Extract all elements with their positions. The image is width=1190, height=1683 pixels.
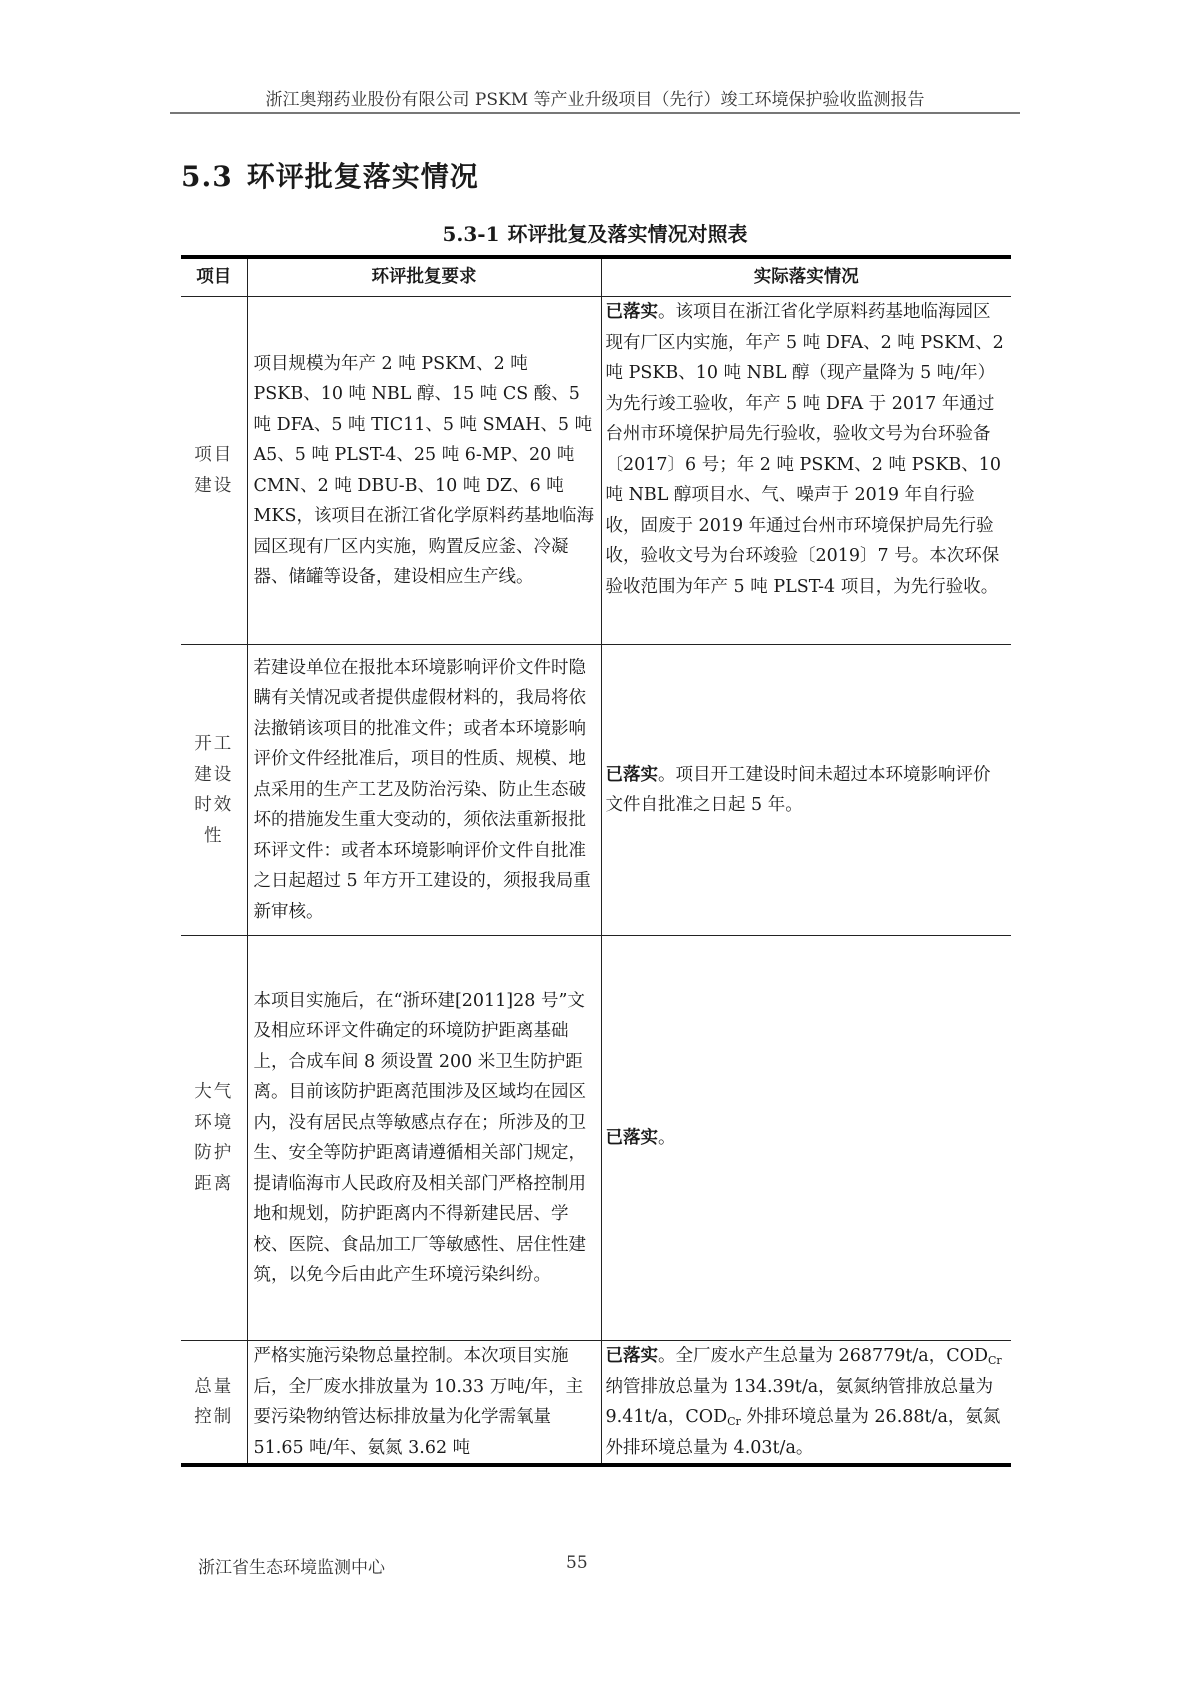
running-header: 浙江奥翔药业股份有限公司 PSKM 等产业升级项目（先行）竣工环境保护验收监测报… <box>0 85 1190 110</box>
row-item-label: 总量控制 <box>181 1341 247 1466</box>
column-header-requirement: 环评批复要求 <box>247 257 601 297</box>
status-label: 已落实 <box>606 1128 659 1148</box>
row-requirement: 严格实施污染物总量控制。本次项目实施后，全厂废水排放量为 10.33 万吨/年，… <box>247 1341 601 1466</box>
cr-subscript: Cr <box>988 1354 1002 1367</box>
table-row: 大气环境防护距离 本项目实施后，在“浙环建[2011]28 号”文及相应环评文件… <box>181 936 1011 1341</box>
header-divider <box>170 112 1020 114</box>
implementation-text: 。 <box>658 1128 676 1148</box>
section-title: 环评批复落实情况 <box>247 160 479 193</box>
table-caption: 5.3-1环评批复及落实情况对照表 <box>0 218 1190 247</box>
table-row: 项目建设 项目规模为年产 2 吨 PSKM、2 吨 PSKB、10 吨 NBL … <box>181 297 1011 645</box>
row-implementation: 已落实。 <box>601 936 1011 1341</box>
footer-organization: 浙江省生态环境监测中心 <box>198 1553 385 1578</box>
row-requirement: 本项目实施后，在“浙环建[2011]28 号”文及相应环评文件确定的环境防护距离… <box>247 936 601 1341</box>
cod-label: COD <box>946 1346 988 1366</box>
cr-subscript: Cr <box>727 1415 741 1428</box>
row-requirement: 若建设单位在报批本环境影响评价文件时隐瞒有关情况或者提供虚假材料的，我局将依法撤… <box>247 645 601 936</box>
status-label: 已落实 <box>606 302 659 322</box>
implementation-text: 。该项目在浙江省化学原料药基地临海园区现有厂区内实施，年产 5 吨 DFA、2 … <box>606 302 1004 597</box>
status-label: 已落实 <box>606 765 659 785</box>
row-implementation: 已落实。全厂废水产生总量为 268779t/a，CODCr 纳管排放总量为 13… <box>601 1341 1011 1466</box>
column-header-item: 项目 <box>181 257 247 297</box>
implementation-text: 。项目开工建设时间未超过本环境影响评价文件自批准之日起 5 年。 <box>606 765 991 816</box>
table-title: 环评批复及落实情况对照表 <box>508 222 748 246</box>
row-item-label: 大气环境防护距离 <box>181 936 247 1341</box>
table-row: 开工建设时效性 若建设单位在报批本环境影响评价文件时隐瞒有关情况或者提供虚假材料… <box>181 645 1011 936</box>
row-implementation: 已落实。该项目在浙江省化学原料药基地临海园区现有厂区内实施，年产 5 吨 DFA… <box>601 297 1011 645</box>
column-header-implementation: 实际落实情况 <box>601 257 1011 297</box>
approval-comparison-table: 项目 环评批复要求 实际落实情况 项目建设 项目规模为年产 2 吨 PSKM、2… <box>181 255 1011 1467</box>
row-implementation: 已落实。项目开工建设时间未超过本环境影响评价文件自批准之日起 5 年。 <box>601 645 1011 936</box>
implementation-text: 。全厂废水产生总量为 268779t/a， <box>658 1346 946 1366</box>
page-number: 55 <box>566 1553 588 1573</box>
row-requirement: 项目规模为年产 2 吨 PSKM、2 吨 PSKB、10 吨 NBL 醇、15 … <box>247 297 601 645</box>
table-number: 5.3-1 <box>442 222 499 246</box>
row-item-label: 开工建设时效性 <box>181 645 247 936</box>
status-label: 已落实 <box>606 1346 659 1366</box>
row-item-label: 项目建设 <box>181 297 247 645</box>
cod-label: COD <box>685 1407 727 1427</box>
section-heading: 5.3环评批复落实情况 <box>181 155 479 195</box>
table-row: 总量控制 严格实施污染物总量控制。本次项目实施后，全厂废水排放量为 10.33 … <box>181 1341 1011 1466</box>
section-number: 5.3 <box>181 160 233 193</box>
table-header-row: 项目 环评批复要求 实际落实情况 <box>181 257 1011 297</box>
